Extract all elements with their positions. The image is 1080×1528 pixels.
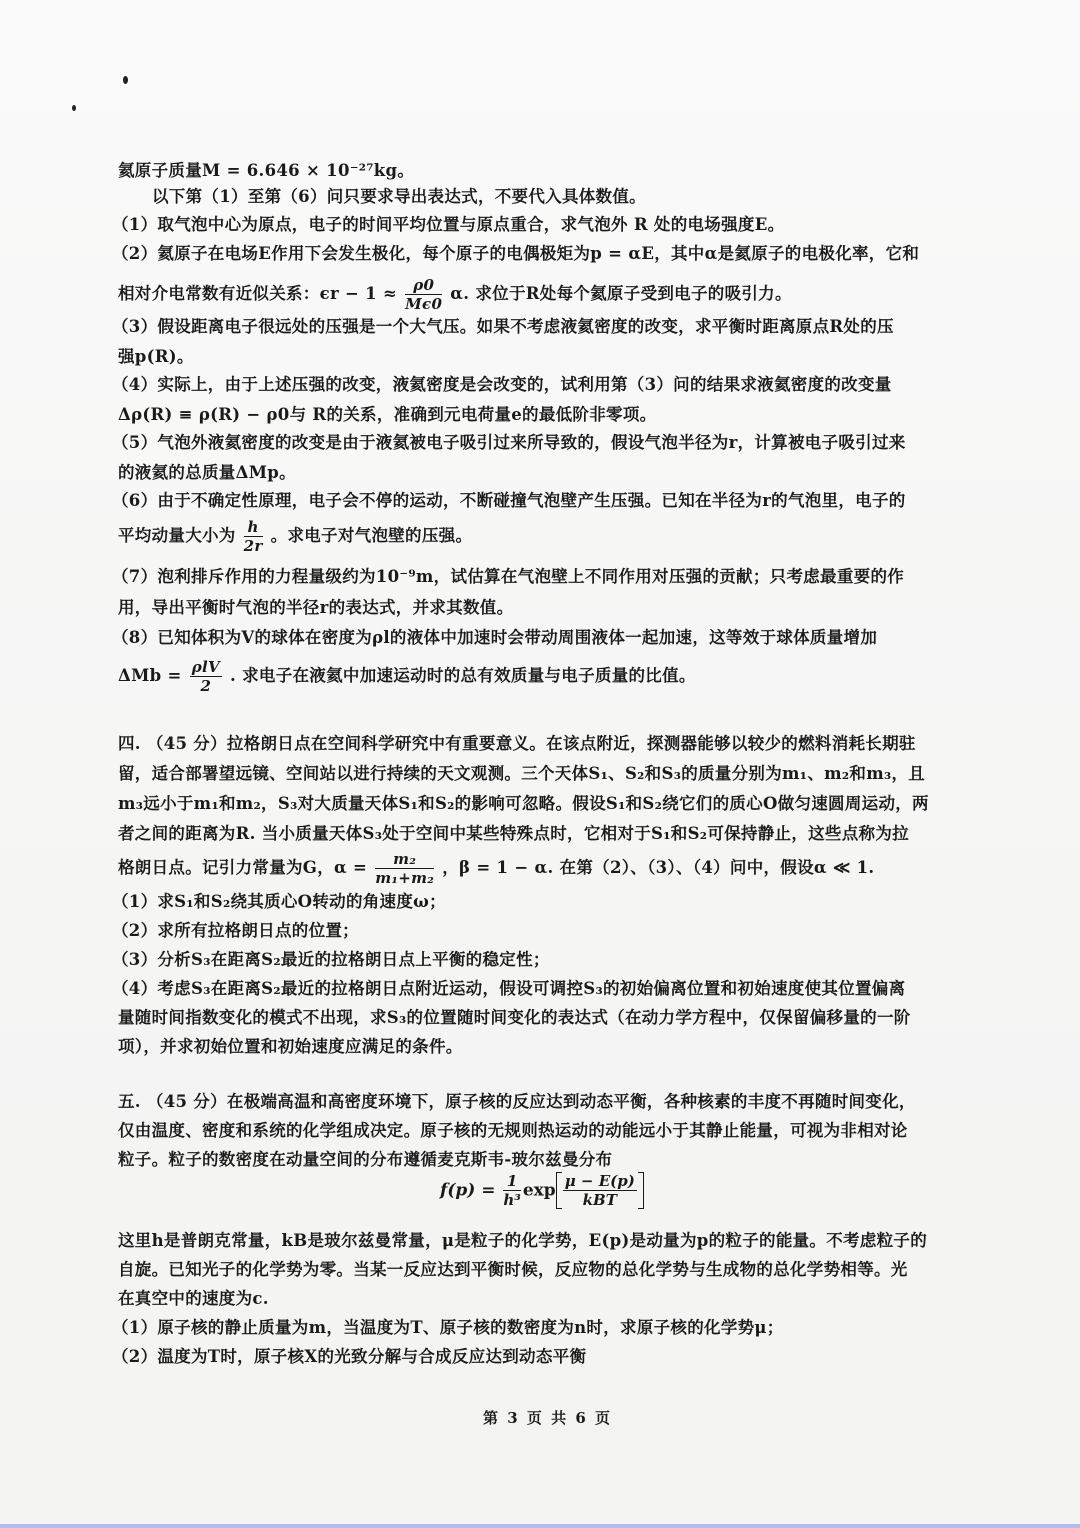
question-3-5-line-a: （5）气泡外液氦密度的改变是由于液氦被电子吸引过来所导致的，假设气泡半径为r，计… <box>112 432 968 454</box>
scan-speck <box>72 105 76 111</box>
problem-4-question-2: （2）求所有拉格朗日点的位置； <box>112 920 968 942</box>
question-3-3-line-a: （3）假设距离电子很远处的压强是一个大气压。如果不考虑液氦密度的改变，求平衡时距… <box>112 316 968 338</box>
page-footer: 第 3 页 共 6 页 <box>483 1407 612 1428</box>
question-3-4-line-a: （4）实际上，由于上述压强的改变，液氦密度是会改变的，试利用第（3）问的结果求液… <box>112 374 968 396</box>
question-3-7-line-b: 用，导出平衡时气泡的半径r的表达式，并求其数值。 <box>118 597 974 619</box>
document-page: 氦原子质量M = 6.646 × 10⁻²⁷kg。 以下第（1）至第（6）问只要… <box>0 0 1080 1528</box>
helium-mass-line: 氦原子质量M = 6.646 × 10⁻²⁷kg。 <box>118 160 974 182</box>
question-3-2-line-b: 相对介电常数有近似关系：ϵr − 1 ≈ ρ0Mϵ0 α. 求位于R处每个氦原子… <box>118 274 974 314</box>
problem-4-question-4-line-c: 项），并求初始位置和初始速度应满足的条件。 <box>118 1036 974 1058</box>
problem-4-line-4: 者之间的距离为R. 当小质量天体S₃处于空间中某些特殊点时，它相对于S₁和S₂可… <box>118 823 974 845</box>
problem-5-question-2: （2）温度为T时，原子核X的光致分解与合成反应达到动态平衡 <box>112 1346 968 1368</box>
fraction: ρ0Mϵ0 <box>405 276 442 313</box>
problem-4-question-4-line-a: （4）考虑S₃在距离S₂最近的拉格朗日点附近运动，假设可调控S₃的初始偏离位置和… <box>112 978 968 1000</box>
question-3-6-line-a: （6）由于不确定性原理，电子会不停的运动，不断碰撞气泡壁产生压强。已知在半径为r… <box>112 490 968 512</box>
question-3-7-line-a: （7）泡利排斥作用的力程量级约为10⁻⁹m，试估算在气泡壁上不同作用对压强的贡献… <box>112 566 968 588</box>
fraction: h2r <box>244 518 263 555</box>
problem-5-line-3: 粒子。粒子的数密度在动量空间的分布遵循麦克斯韦-玻尔兹曼分布 <box>118 1149 974 1171</box>
question-3-3-line-b: 强p(R)。 <box>118 346 974 368</box>
problem-4-question-3: （3）分析S₃在距离S₂最近的拉格朗日点上平衡的稳定性； <box>112 949 968 971</box>
problem-4-line-1: 四. （45 分）拉格朗日点在空间科学研究中有重要意义。在该点附近，探测器能够以… <box>118 733 974 755</box>
problem-5-after-line-3: 在真空中的速度为c. <box>118 1288 974 1310</box>
question-3-4-line-b: Δρ(R) ≡ ρ(R) − ρ0与 R的关系，准确到元电荷量e的最低阶非零项。 <box>118 404 974 426</box>
fraction: ρlV2 <box>190 658 222 695</box>
maxwell-boltzmann-equation: f(p) = 1h³expμ − E(p)kBT <box>440 1172 644 1209</box>
square-bracket: μ − E(p)kBT <box>556 1172 644 1209</box>
problem-4-line-5: 格朗日点。记引力常量为G，α = m₂m₁+m₂ ，β = 1 − α. 在第（… <box>118 848 974 888</box>
problem-4-question-4-line-b: 量随时间指数变化的模式不出现，求S₃的位置随时间变化的表达式（在动力学方程中，仅… <box>118 1007 974 1029</box>
question-3-6-line-b: 平均动量大小为 h2r 。求电子对气泡壁的压强。 <box>118 516 974 556</box>
scan-speck <box>123 76 128 84</box>
question-3-8-line-a: （8）已知体积为V的球体在密度为ρl的液体中加速时会带动周围液体一起加速，这等效… <box>112 627 968 649</box>
problem-4-line-3: m₃远小于m₁和m₂，S₃对大质量天体S₁和S₂的影响可忽略。假设S₁和S₂绕它… <box>118 793 974 815</box>
question-3-8-line-b: ΔMb = ρlV2 . 求电子在液氦中加速运动时的总有效质量与电子质量的比值。 <box>118 656 974 696</box>
problem-4-question-1: （1）求S₁和S₂绕其质心O转动的角速度ω； <box>112 891 968 913</box>
problem-5-line-1: 五. （45 分）在极端高温和高密度环境下，原子核的反应达到动态平衡，各种核素的… <box>118 1091 974 1113</box>
question-3-1: （1）取气泡中心为原点，电子的时间平均位置与原点重合，求气泡外 R 处的电场强度… <box>112 214 968 236</box>
problem-5-after-line-1: 这里h是普朗克常量，kB是玻尔兹曼常量，μ是粒子的化学势，E(p)是动量为p的粒… <box>118 1230 974 1252</box>
instruction-line: 以下第（1）至第（6）问只要求导出表达式，不要代入具体数值。 <box>152 186 1008 208</box>
problem-5-question-1: （1）原子核的静止质量为m，当温度为T、原子核的数密度为n时，求原子核的化学势μ… <box>112 1317 968 1339</box>
fraction: m₂m₁+m₂ <box>375 850 434 887</box>
problem-5-after-line-2: 自旋。已知光子的化学势为零。当某一反应达到平衡时候，反应物的总化学势与生成物的总… <box>118 1259 974 1281</box>
problem-4-line-2: 留，适合部署望远镜、空间站以进行持续的天文观测。三个天体S₁、S₂和S₃的质量分… <box>118 763 974 785</box>
question-3-5-line-b: 的液氦的总质量ΔMp。 <box>118 462 974 484</box>
scan-bottom-edge <box>0 1524 1080 1528</box>
problem-5-line-2: 仅由温度、密度和系统的化学组成决定。原子核的无规则热运动的动能远小于其静止能量，… <box>118 1120 974 1142</box>
question-3-2-line-a: （2）氦原子在电场E作用下会发生极化，每个原子的电偶极矩为p = αE，其中α是… <box>112 243 968 265</box>
